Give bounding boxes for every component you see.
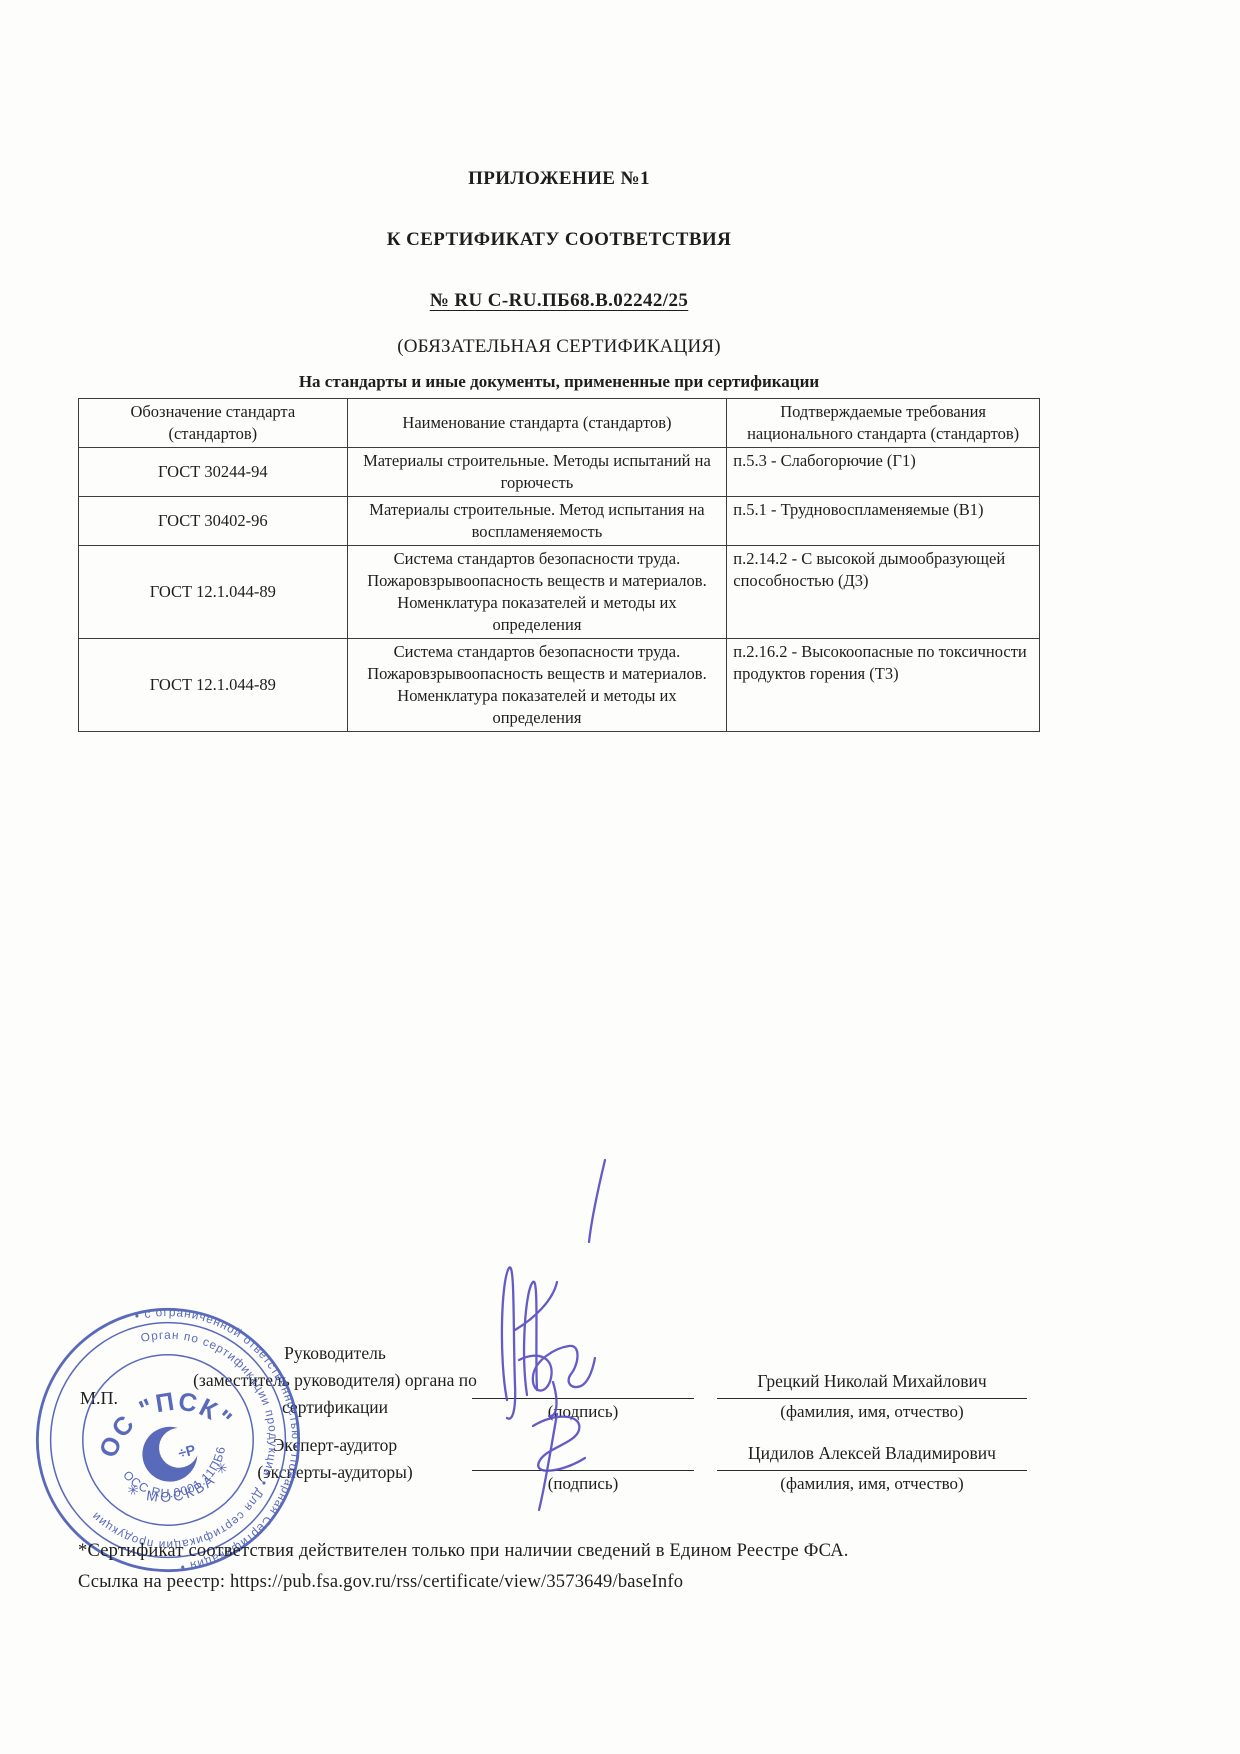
certificate-title: К СЕРТИФИКАТУ СООТВЕТСТВИЯ <box>78 229 1040 251</box>
appendix-title: ПРИЛОЖЕНИЕ №1 <box>78 168 1040 190</box>
requirements-cell: п.5.3 - Слабогорючие (Г1) <box>727 448 1040 497</box>
table-row: ГОСТ 30244-94 Материалы строительные. Ме… <box>79 448 1040 497</box>
handwritten-signature-head <box>455 1150 655 1430</box>
table-row: ГОСТ 12.1.044-89 Система стандартов безо… <box>79 546 1040 639</box>
table-row: ГОСТ 12.1.044-89 Система стандартов безо… <box>79 639 1040 732</box>
validity-note: *Сертификат соответствия действителен то… <box>78 1541 849 1562</box>
title-block: ПРИЛОЖЕНИЕ №1 К СЕРТИФИКАТУ СООТВЕТСТВИЯ… <box>78 168 1040 397</box>
certification-stamp: • с ограниченной ответственностью • Пожа… <box>26 1298 310 1582</box>
signer-name-expert: Цидилов Алексей Владимирович <box>717 1443 1027 1464</box>
table-caption: На стандарты и иные документы, примененн… <box>78 372 1040 392</box>
column-header-requirements: Подтверждаемые требования национального … <box>727 399 1040 448</box>
table-row: ГОСТ 30402-96 Материалы строительные. Ме… <box>79 497 1040 546</box>
name-line-1 <box>717 1398 1027 1399</box>
name-line-2 <box>717 1470 1027 1471</box>
standard-designation-cell: ГОСТ 30244-94 <box>79 448 348 497</box>
table-header-row: Обозначение стандарта (стандартов) Наиме… <box>79 399 1040 448</box>
signature-stroke <box>524 1282 537 1395</box>
certification-type-note: (ОБЯЗАТЕЛЬНАЯ СЕРТИФИКАЦИЯ) <box>78 336 1040 358</box>
standard-designation-cell: ГОСТ 12.1.044-89 <box>79 546 348 639</box>
name-caption-1: (фамилия, имя, отчество) <box>717 1402 1027 1422</box>
requirements-cell: п.5.1 - Трудновоспламеняемые (В1) <box>727 497 1040 546</box>
standards-table: Обозначение стандарта (стандартов) Наиме… <box>78 398 1040 732</box>
certificate-number: № RU C-RU.ПБ68.В.02242/25 <box>78 290 1040 312</box>
requirements-cell: п.2.16.2 - Высокоопасные по токсичности … <box>727 639 1040 732</box>
column-header-designation: Обозначение стандарта (стандартов) <box>79 399 348 448</box>
stamp-graphic: • с ограниченной ответственностью • Пожа… <box>26 1298 310 1582</box>
standard-name-cell: Материалы строительные. Методы испытаний… <box>347 448 727 497</box>
signature-stroke <box>533 1417 585 1471</box>
handwritten-signature-expert <box>505 1408 625 1518</box>
standard-designation-cell: ГОСТ 12.1.044-89 <box>79 639 348 732</box>
standard-name-cell: Материалы строительные. Метод испытания … <box>347 497 727 546</box>
requirements-cell: п.2.14.2 - С высокой дымообразующей спос… <box>727 546 1040 639</box>
signature-stroke <box>502 1267 515 1418</box>
standard-designation-cell: ГОСТ 30402-96 <box>79 497 348 546</box>
registry-link-text: Ссылка на реестр: https://pub.fsa.gov.ru… <box>78 1572 683 1593</box>
certificate-appendix-page: ПРИЛОЖЕНИЕ №1 К СЕРТИФИКАТУ СООТВЕТСТВИЯ… <box>0 0 1240 1754</box>
signature-stroke <box>539 1414 557 1510</box>
signer-name-head: Грецкий Николай Михайлович <box>717 1371 1027 1392</box>
standard-name-cell: Система стандартов безопасности труда. П… <box>347 546 727 639</box>
column-header-name: Наименование стандарта (стандартов) <box>347 399 727 448</box>
standard-name-cell: Система стандартов безопасности труда. П… <box>347 639 727 732</box>
name-caption-2: (фамилия, имя, отчество) <box>717 1474 1027 1494</box>
signature-flourish-stroke <box>589 1160 605 1242</box>
